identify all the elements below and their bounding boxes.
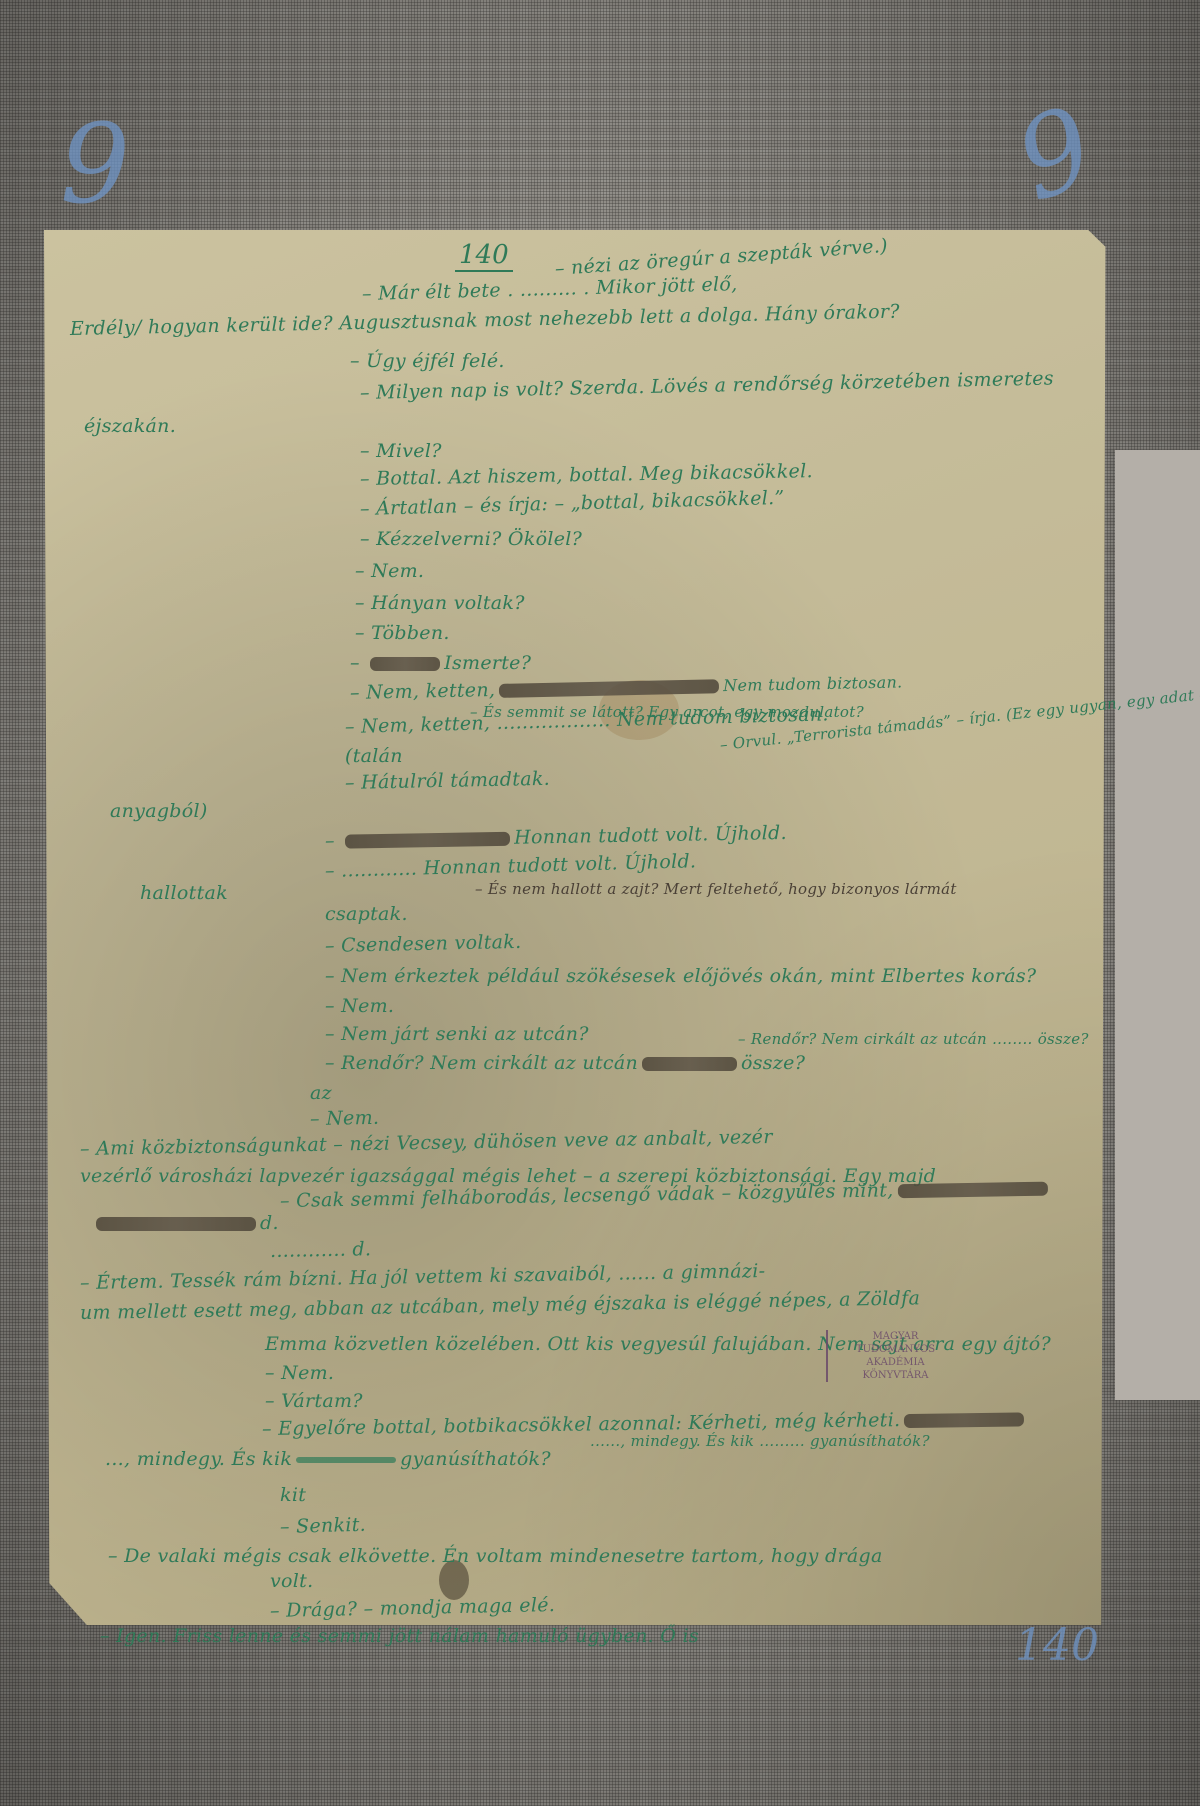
text-line: – Mivel? [360, 440, 442, 462]
text-line: – Úgy éjfél felé. [350, 350, 505, 372]
text-line: volt. [270, 1570, 313, 1592]
text-segment: – [350, 652, 366, 674]
text-line: – Vártam? [265, 1390, 363, 1412]
crayon-mark-top-left: 9 [60, 100, 130, 228]
text-line: – Hányan voltak? [355, 592, 525, 614]
text-line: ............ d. [270, 1238, 372, 1262]
text-line: – Nem. [325, 995, 394, 1017]
text-line: – Nem. [355, 560, 424, 582]
text-segment: Nem tudom biztosan. [723, 672, 903, 695]
text-line: kit [280, 1484, 306, 1506]
text-line: – Rendőr? Nem cirkált az utcánössze? [325, 1052, 805, 1074]
text-segment: Ismerte? [444, 652, 531, 674]
text-segment: d. [260, 1212, 279, 1234]
text-line: – Nem járt senki az utcán? [325, 1023, 589, 1045]
crayon-mark-bottom-right: 140 [1015, 1620, 1099, 1671]
text-line: – Kézzelverni? Ökölel? [360, 528, 582, 550]
backing-sheet [1115, 450, 1200, 1400]
page-number: 140 [455, 240, 513, 272]
text-segment: ..., mindegy. És kik [105, 1448, 292, 1470]
scribbled-out-phrase [897, 1182, 1047, 1199]
insertion-note: ......, mindegy. És kik ......... gyanús… [590, 1432, 930, 1450]
text-line: ..., mindegy. És kikgyanúsíthatók? [105, 1448, 551, 1470]
text-segment: – [325, 830, 342, 852]
text-line: (talán [345, 745, 403, 767]
stamp-line: KÖNYVTÁRA [828, 1369, 963, 1382]
crayon-mark-top-right: 9 [1000, 82, 1110, 226]
scribbled-out-word [904, 1412, 1024, 1428]
text-line: – Többen. [355, 622, 450, 644]
stamp-line: MAGYAR [828, 1330, 963, 1343]
scribbled-out-word [370, 657, 440, 671]
text-segment: össze? [741, 1052, 805, 1074]
scribbled-out-word [296, 1457, 396, 1463]
text-line: – Nem. [265, 1362, 334, 1384]
text-line: hallottak [140, 882, 228, 904]
scribbled-out-phrase [499, 679, 719, 698]
text-segment: – Nem, ketten, [350, 679, 496, 704]
text-line: – Igen. Friss lenne és semmi jött nálam … [100, 1625, 699, 1647]
text-line: – Ismerte? [350, 652, 531, 674]
text-line: – Hátulról támadtak. [345, 768, 550, 794]
text-line: csaptak. [325, 903, 408, 925]
stamp-line: TUDOMÁNYOS AKADÉMIA [828, 1343, 963, 1369]
text-line: – Nem. [310, 1107, 380, 1130]
text-line: – Nem érkeztek például szökésesek előjöv… [325, 965, 1036, 987]
insertion-note: – És nem hallott a zajt? Mert feltehető,… [475, 880, 957, 898]
scribbled-out-word [642, 1057, 737, 1071]
text-line: az [310, 1082, 332, 1104]
text-line: – Csendesen voltak. [325, 931, 522, 957]
text-segment: – Rendőr? Nem cirkált az utcán [325, 1052, 638, 1074]
text-line: – Senkit. [280, 1514, 367, 1538]
text-segment: gyanúsíthatók? [400, 1448, 551, 1470]
text-line: d. [92, 1212, 279, 1234]
library-stamp: MAGYAR TUDOMÁNYOS AKADÉMIA KÖNYVTÁRA [826, 1330, 963, 1382]
insertion-note: – Rendőr? Nem cirkált az utcán ........ … [738, 1030, 1089, 1048]
text-line: – De valaki mégis csak elkövette. Én vol… [108, 1545, 883, 1567]
text-line: éjszakán. [84, 415, 176, 437]
scribbled-out-phrase [345, 832, 510, 849]
scribbled-out-phrase [96, 1217, 256, 1231]
text-line: anyagból) [110, 800, 208, 822]
